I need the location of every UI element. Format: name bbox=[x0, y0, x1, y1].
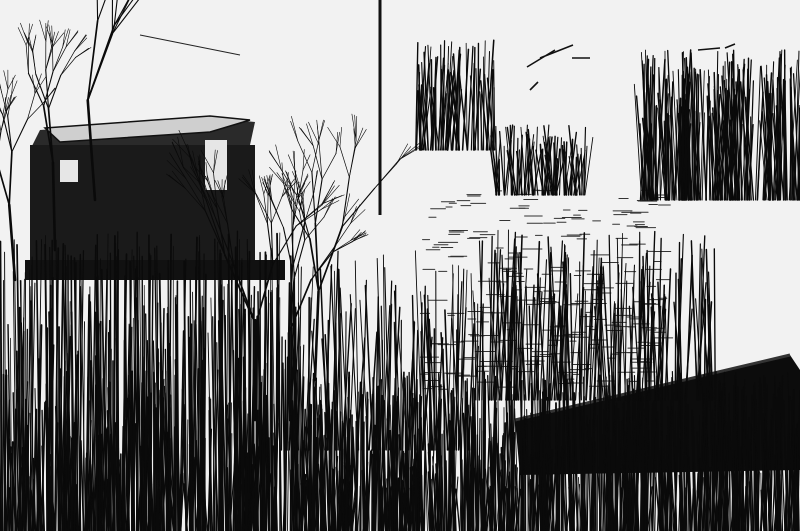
marsh-photo: Marshland scene: a reed-covered shed on … bbox=[0, 0, 800, 531]
marsh-illustration bbox=[0, 0, 800, 531]
